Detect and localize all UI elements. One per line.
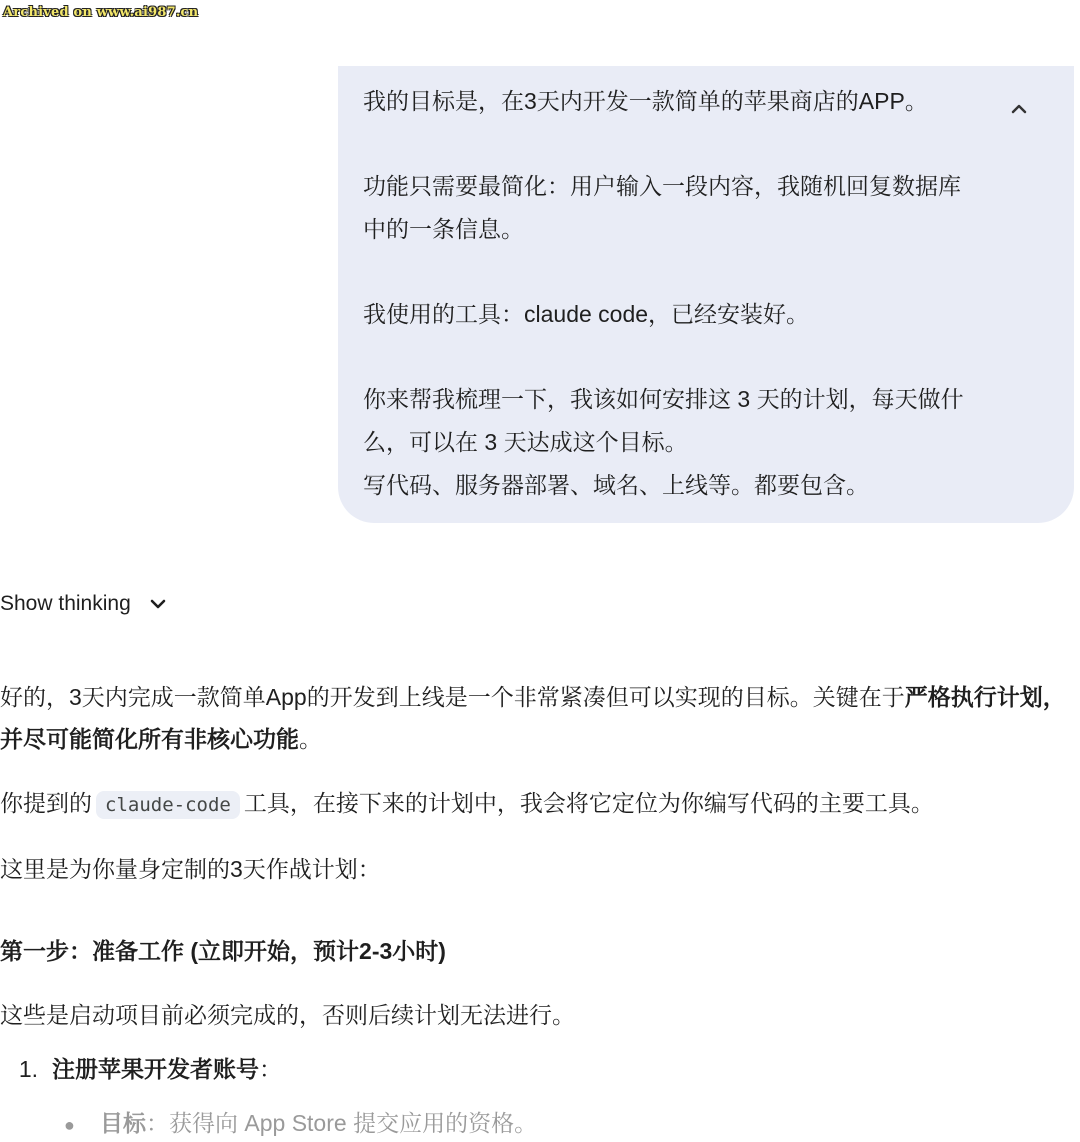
user-message-line: 我的目标是，在3天内开发一款简单的苹果商店的APP。 <box>363 80 983 123</box>
chevron-down-icon <box>149 598 167 610</box>
watermark: Archived on www.ai987.cn <box>3 5 198 20</box>
list-item-title: 注册苹果开发者账号 <box>52 1056 259 1082</box>
sub-item-label: 目标 <box>100 1110 146 1136</box>
show-thinking-label: Show thinking <box>0 592 131 616</box>
spacer <box>363 336 1074 378</box>
intro-text: 好的，3天内完成一款简单App的开发到上线是一个非常紧凑但可以实现的目标。关键在… <box>0 684 905 710</box>
sub-list-item: ● 目标：获得向 App Store 提交应用的资格。 <box>0 1102 1075 1142</box>
list-item-colon: ： <box>259 1056 282 1082</box>
spacer <box>363 251 1074 293</box>
user-message-line: 功能只需要最简化：用户输入一段内容，我随机回复数据库中的一条信息。 <box>363 165 983 251</box>
plan-intro-paragraph: 这里是为你量身定制的3天作战计划： <box>0 848 1075 890</box>
sub-item-text: ：获得向 App Store 提交应用的资格。 <box>146 1110 537 1136</box>
user-message-line: 写代码、服务器部署、域名、上线等。都要包含。 <box>363 464 983 507</box>
assistant-response: 好的，3天内完成一款简单App的开发到上线是一个非常紧凑但可以实现的目标。关键在… <box>0 676 1075 1142</box>
tool-text-before: 你提到的 <box>0 790 92 816</box>
spacer <box>363 123 1074 165</box>
show-thinking-toggle[interactable]: Show thinking <box>0 592 167 616</box>
user-message-line: 你来帮我梳理一下，我该如何安排这 3 天的计划，每天做什么，可以在 3 天达成这… <box>363 378 983 464</box>
list-number: 1. <box>0 1048 52 1090</box>
list-item: 1. 注册苹果开发者账号： <box>0 1048 1075 1090</box>
chevron-up-icon <box>1010 103 1028 115</box>
user-message-bubble: 我的目标是，在3天内开发一款简单的苹果商店的APP。 功能只需要最简化：用户输入… <box>338 66 1074 523</box>
inline-code: claude-code <box>96 791 240 819</box>
tool-text-after: 工具，在接下来的计划中，我会将它定位为你编写代码的主要工具。 <box>244 790 934 816</box>
bullet-icon: ● <box>64 1104 100 1142</box>
response-intro-paragraph: 好的，3天内完成一款简单App的开发到上线是一个非常紧凑但可以实现的目标。关键在… <box>0 676 1075 760</box>
intro-end: 。 <box>299 726 322 752</box>
collapse-message-button[interactable] <box>1004 94 1034 124</box>
tool-paragraph: 你提到的claude-code工具，在接下来的计划中，我会将它定位为你编写代码的… <box>0 782 1075 826</box>
user-message-line: 我使用的工具：claude code，已经安装好。 <box>363 293 983 336</box>
section-description: 这些是启动项目前必须完成的，否则后续计划无法进行。 <box>0 994 1075 1036</box>
section-heading: 第一步：准备工作 (立即开始，预计2-3小时) <box>0 930 1075 972</box>
